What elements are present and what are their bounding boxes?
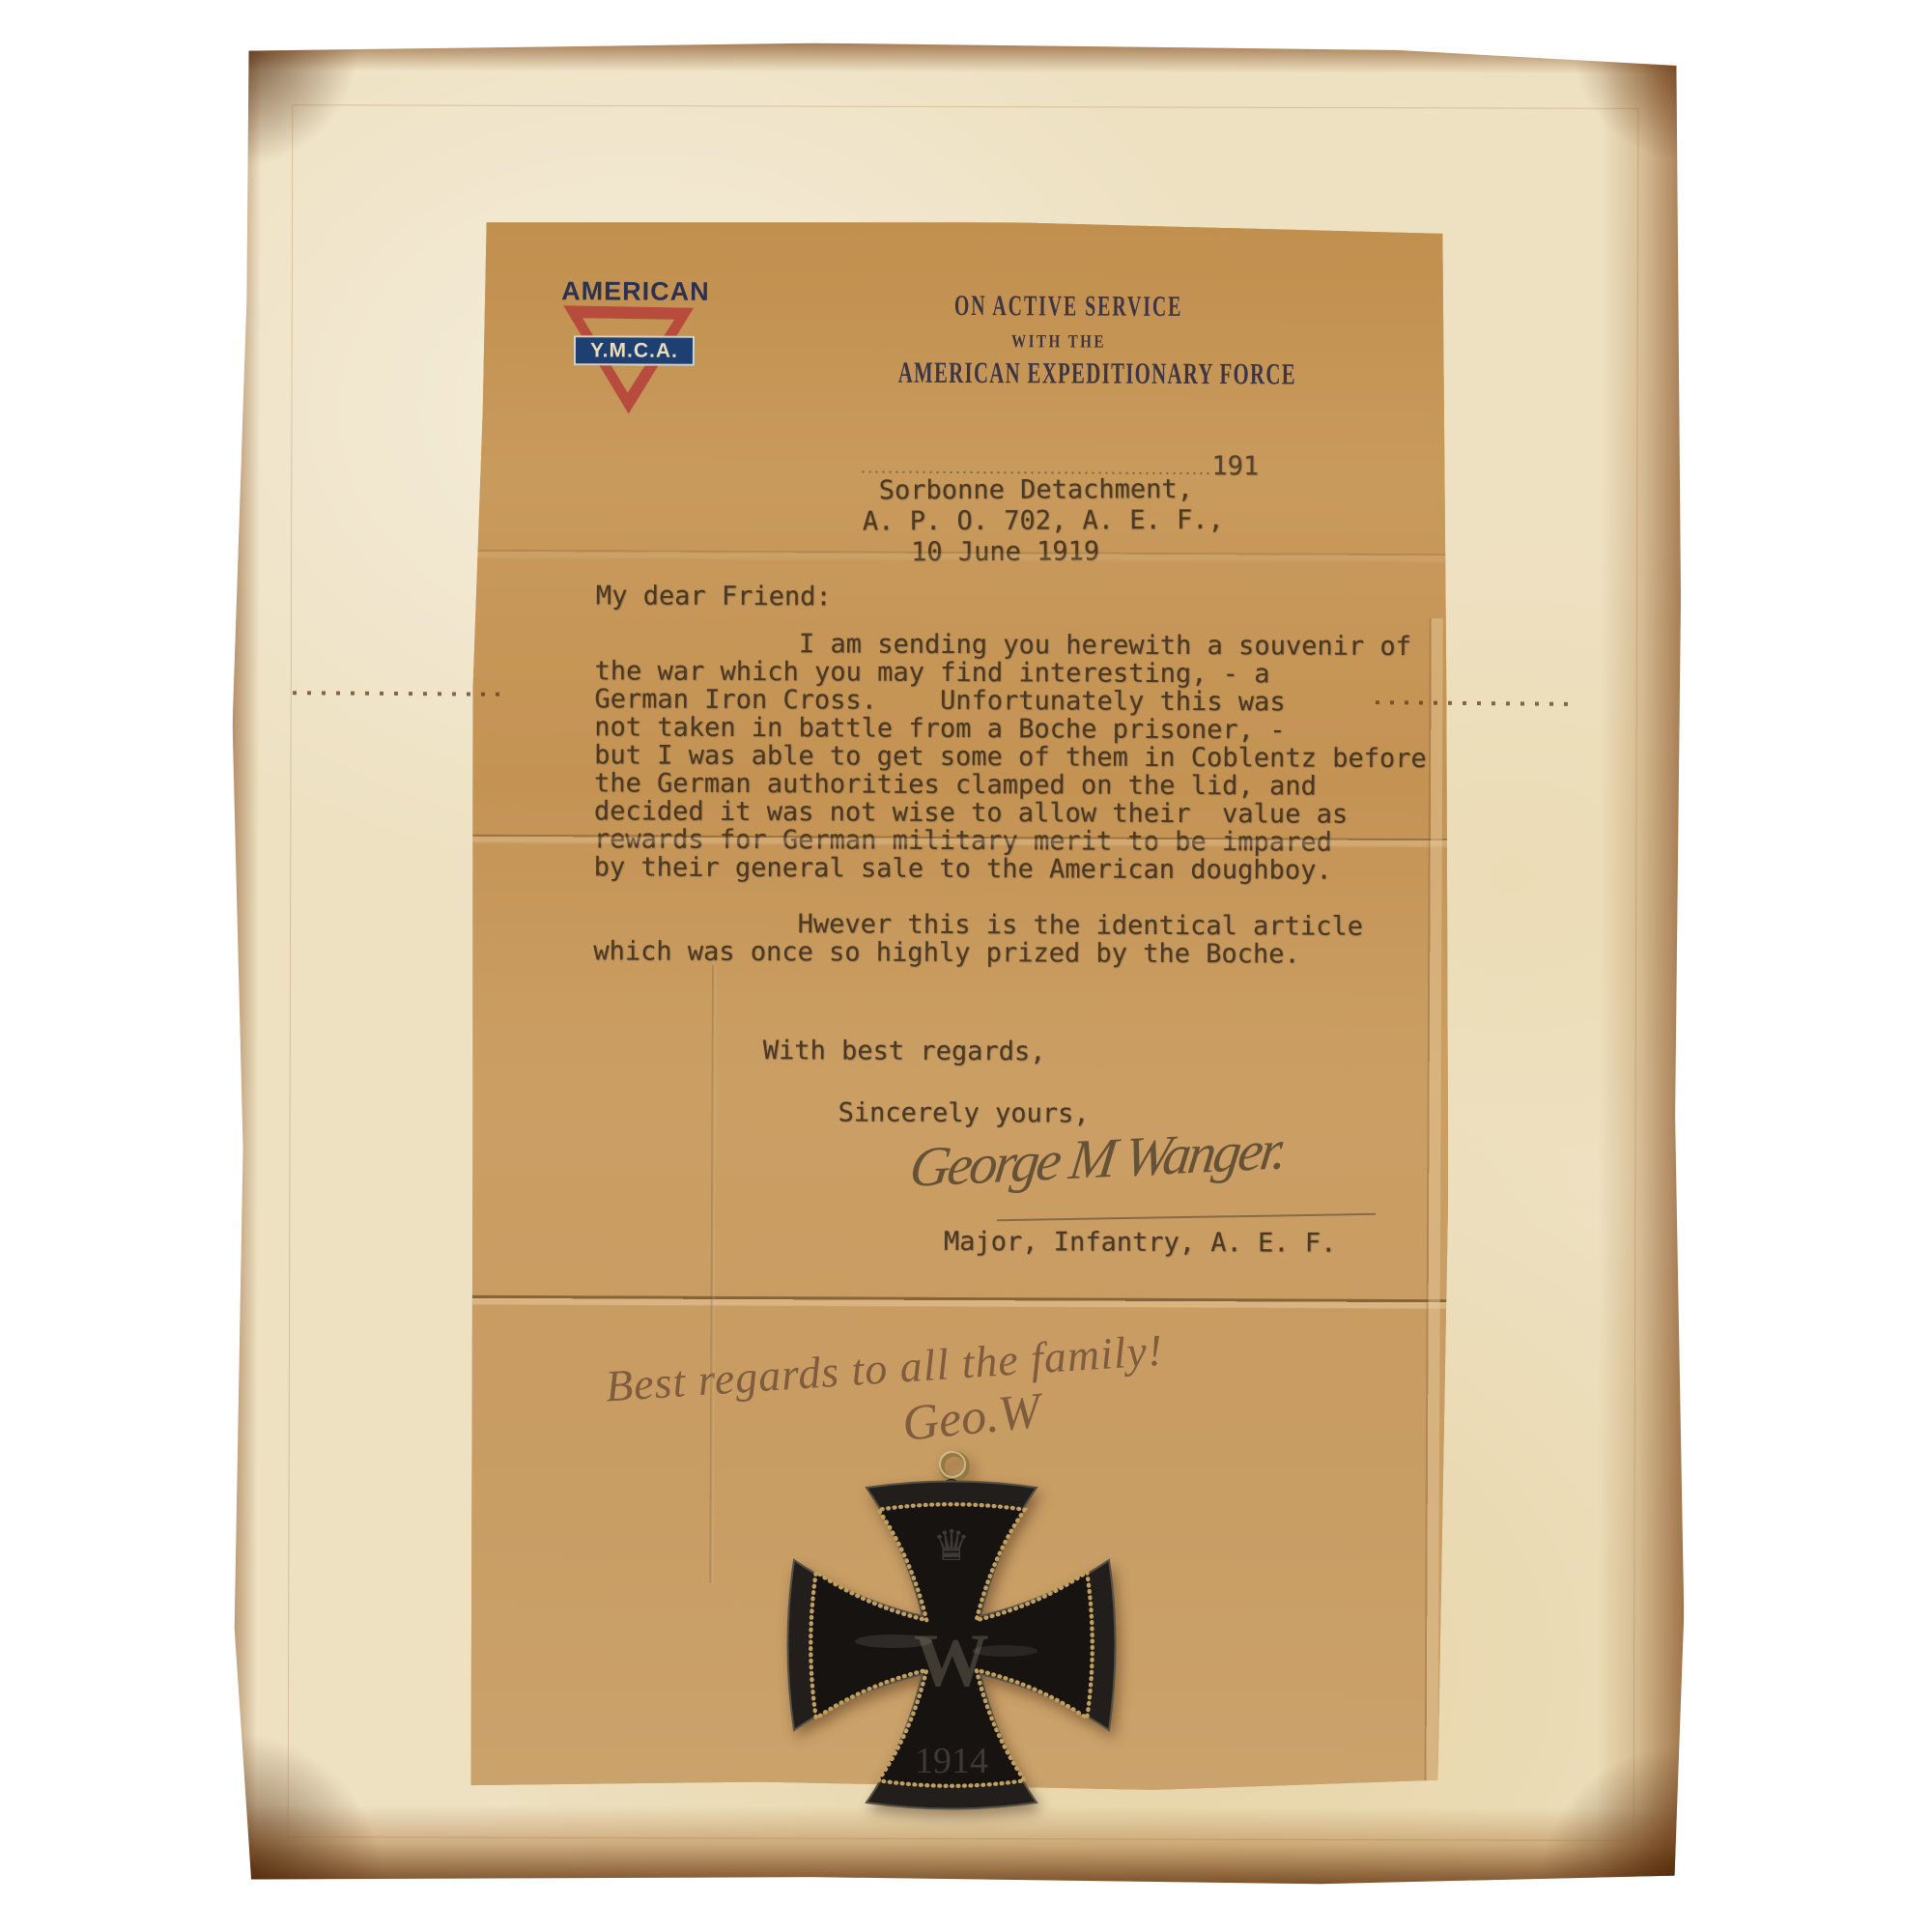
closing-regards: With best regards, xyxy=(763,1036,1046,1066)
typed-line: rewards for German military merit to be … xyxy=(594,825,1332,856)
signed-title: Major, Infantry, A. E. F. xyxy=(944,1227,1337,1259)
closing-valediction: Sincerely yours, xyxy=(838,1097,1089,1128)
address-line-date: 10 June 1919 xyxy=(911,536,1099,567)
typed-line: the war which you may find interesting, … xyxy=(594,657,1269,688)
typed-line: not taken in battle from a Boche prisone… xyxy=(594,713,1285,744)
address-line-detachment: Sorbonne Detachment, xyxy=(879,474,1193,505)
ymca-logo-band: Y.M.C.A. xyxy=(574,335,695,366)
letterhead-with-the: WITH THE xyxy=(889,331,1229,355)
crown-emblem: ♛ xyxy=(932,1522,970,1570)
letterhead-aef-line: AMERICAN EXPEDITIONARY FORCE xyxy=(896,355,1298,392)
letter-body: I am sending you herewith a souvenir oft… xyxy=(595,629,1445,633)
typed-line: German Iron Cross. Unfortunately this wa… xyxy=(594,685,1285,716)
year-1914: 1914 xyxy=(915,1741,988,1781)
ymca-logo-wordmark: AMERICAN xyxy=(561,276,706,307)
typed-line: by their general sale to the American do… xyxy=(594,853,1332,884)
ink-signature: George M Wanger. xyxy=(906,1117,1289,1200)
address-line-apo: A. P. O. 702, A. E. F., xyxy=(863,505,1224,537)
typed-line: which was once so highly prized by the B… xyxy=(593,937,1300,968)
typed-line: the German authorities clamped on the li… xyxy=(594,769,1317,800)
salutation: My dear Friend: xyxy=(596,581,832,611)
handwritten-postscript: Best regards to all the family! xyxy=(604,1324,1164,1412)
fold-crease-vertical xyxy=(709,965,716,1583)
photograph-of-framed-letter: { "letterhead": { "org_name": "AMERICAN"… xyxy=(0,0,1932,1932)
monogram-w: W xyxy=(914,1618,989,1702)
german-iron-cross-medal: ♛ W 1914 xyxy=(773,1439,1130,1821)
letterhead-service-line: ON ACTIVE SERVICE xyxy=(922,290,1215,324)
ymca-acronym: Y.M.C.A. xyxy=(590,339,678,362)
signature-underline xyxy=(997,1213,1376,1221)
underlying-sheet-edge xyxy=(1424,618,1442,1782)
printed-year-stub: 191 xyxy=(1211,451,1259,481)
fold-crease xyxy=(470,1295,1448,1309)
